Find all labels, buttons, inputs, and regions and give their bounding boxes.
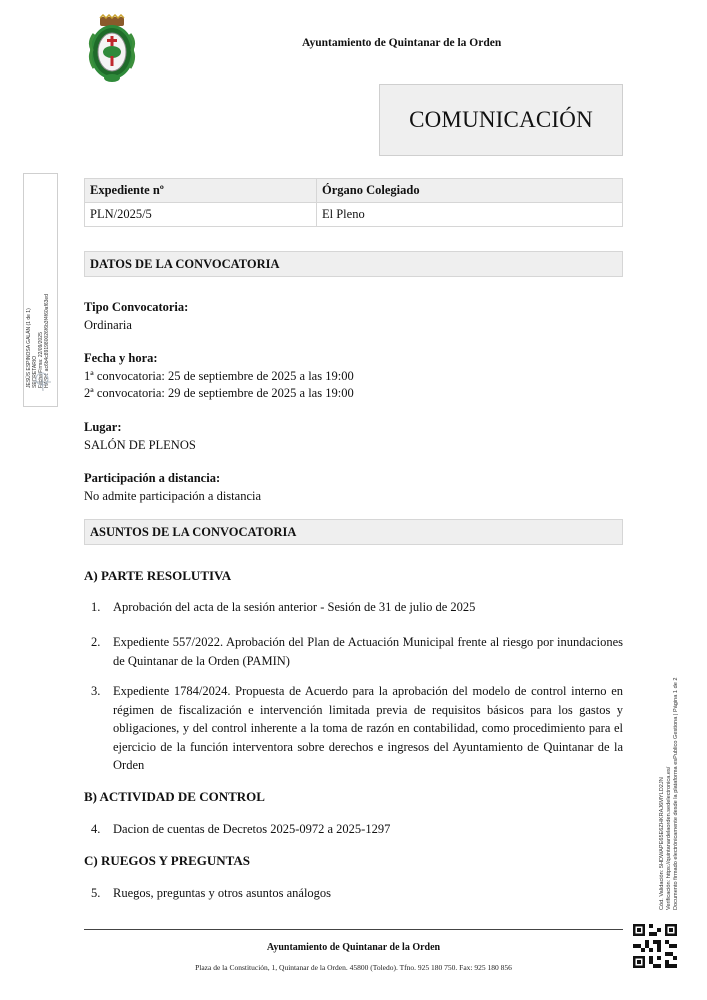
field-distancia: Participación a distancia: No admite par… [84, 470, 261, 505]
section-datos-convocatoria: DATOS DE LA CONVOCATORIA [84, 251, 623, 277]
item-number: 5. [91, 884, 113, 903]
list-item: 4. Dacion de cuentas de Decretos 2025-09… [91, 820, 623, 839]
item-text: Dacion de cuentas de Decretos 2025-0972 … [113, 820, 623, 839]
fecha-second: 2ª convocatoria: 29 de septiembre de 202… [84, 385, 354, 403]
document-type-box: COMUNICACIÓN [379, 84, 623, 156]
lugar-label: Lugar: [84, 419, 196, 437]
verification-url[interactable]: Verificación: https://quintanardelaorden… [666, 678, 673, 911]
item-text: Expediente 557/2022. Aprobación del Plan… [113, 633, 623, 670]
validation-code: Cód. Validación: 5HDWAPE65E6ZHKRAJ6MYLD2… [659, 678, 666, 911]
list-item: 5. Ruegos, preguntas y otros asuntos aná… [91, 884, 623, 903]
expediente-value: PLN/2025/5 [85, 203, 317, 227]
item-number: 2. [91, 633, 113, 670]
lugar-value: SALÓN DE PLENOS [84, 437, 196, 455]
section-asuntos: ASUNTOS DE LA CONVOCATORIA [84, 519, 623, 545]
list-item: 1. Aprobación del acta de la sesión ante… [91, 598, 623, 617]
item-number: 4. [91, 820, 113, 839]
part-c-title: C) RUEGOS Y PREGUNTAS [84, 853, 250, 869]
item-text: Aprobación del acta de la sesión anterio… [113, 598, 623, 617]
organo-value: El Pleno [317, 203, 623, 227]
header-organization: Ayuntamiento de Quintanar de la Orden [302, 37, 501, 49]
item-number: 1. [91, 598, 113, 617]
expediente-table: Expediente nº Órgano Colegiado PLN/2025/… [84, 178, 623, 227]
signature-stamp-icon [32, 370, 52, 392]
tipo-value: Ordinaria [84, 317, 188, 335]
footer-address: Plaza de la Constitución, 1, Quintanar d… [0, 963, 707, 972]
distancia-value: No admite participación a distancia [84, 488, 261, 506]
field-fecha: Fecha y hora: 1ª convocatoria: 25 de sep… [84, 350, 354, 403]
item-number: 3. [91, 682, 113, 775]
fecha-label: Fecha y hora: [84, 350, 354, 368]
footer-divider [84, 929, 623, 930]
part-a-title: A) PARTE RESOLUTIVA [84, 568, 231, 584]
header-expediente: Expediente nº [85, 179, 317, 203]
platform-info: Documento firmado electrónicamente desde… [673, 678, 680, 911]
list-item: 2. Expediente 557/2022. Aprobación del P… [91, 633, 623, 670]
item-text: Expediente 1784/2024. Propuesta de Acuer… [113, 682, 623, 775]
tipo-label: Tipo Convocatoria: [84, 299, 188, 317]
part-b-title: B) ACTIVIDAD DE CONTROL [84, 789, 265, 805]
field-lugar: Lugar: SALÓN DE PLENOS [84, 419, 196, 454]
verification-strip: Cód. Validación: 5HDWAPE65E6ZHKRAJ6MYLD2… [659, 678, 680, 911]
coat-of-arms-icon [86, 14, 138, 84]
list-item: 3. Expediente 1784/2024. Propuesta de Ac… [91, 682, 623, 775]
footer-organization: Ayuntamiento de Quintanar de la Orden [0, 942, 707, 953]
fecha-first: 1ª convocatoria: 25 de septiembre de 202… [84, 368, 354, 386]
field-tipo: Tipo Convocatoria: Ordinaria [84, 299, 188, 334]
signature-panel: JESÚS ESPINOSA GALÁN (1 de 1) SECRETARIO… [23, 173, 58, 407]
table-row: PLN/2025/5 El Pleno [85, 203, 623, 227]
header-organo: Órgano Colegiado [317, 179, 623, 203]
item-text: Ruegos, preguntas y otros asuntos análog… [113, 884, 623, 903]
document-type-title: COMUNICACIÓN [409, 107, 593, 133]
distancia-label: Participación a distancia: [84, 470, 261, 488]
table-header-row: Expediente nº Órgano Colegiado [85, 179, 623, 203]
